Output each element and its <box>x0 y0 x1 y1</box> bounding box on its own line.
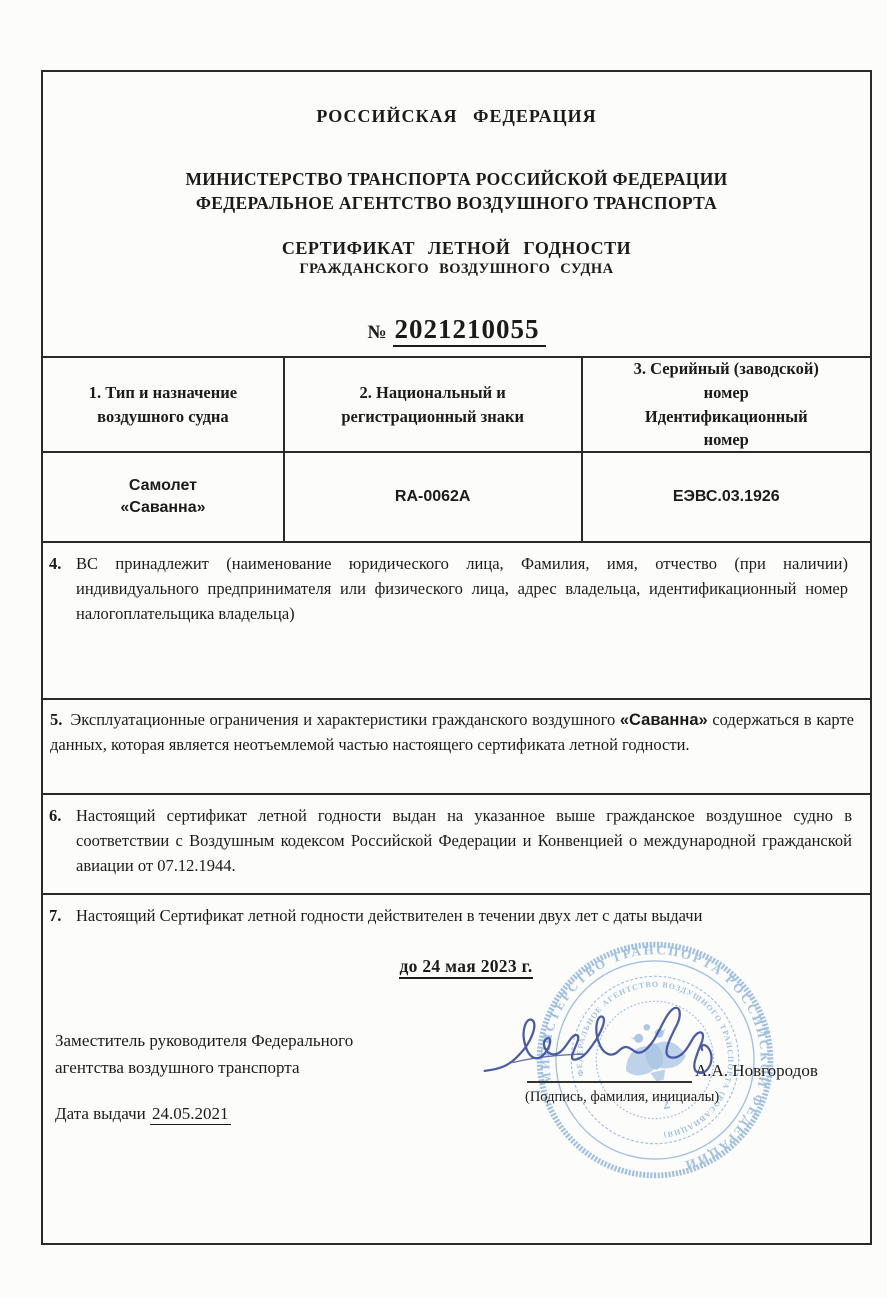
issue-date-value: 24.05.2021 <box>150 1104 231 1125</box>
header-cell-serial: 3. Серийный (заводской) номер Идентифика… <box>581 356 870 451</box>
value-cell-serial: ЕЭВС.03.1926 <box>581 451 870 541</box>
section-limitations: 5.Эксплуатационные ограничения и характе… <box>43 698 870 793</box>
section-4-number: 4. <box>49 552 61 577</box>
section-6-text: Настоящий сертификат летной годности выд… <box>76 806 852 875</box>
agency-heading: ФЕДЕРАЛЬНОЕ АГЕНТСТВО ВОЗДУШНОГО ТРАНСПО… <box>43 193 870 214</box>
certificate-border-box: РОССИЙСКАЯ ФЕДЕРАЦИЯ МИНИСТЕРСТВО ТРАНСП… <box>41 70 872 1245</box>
certificate-number-line: №2021210055 <box>43 314 870 345</box>
document-title: СЕРТИФИКАТ ЛЕТНОЙ ГОДНОСТИ <box>43 238 870 259</box>
aircraft-name-highlight: «Саванна» <box>620 711 708 729</box>
value-cell-registration: RA-0062A <box>283 451 581 541</box>
number-sign: № <box>367 322 386 343</box>
header-cell-registration: 2. Национальный и регистрационный знаки <box>283 356 581 451</box>
document-subtitle: ГРАЖДАНСКОГО ВОЗДУШНОГО СУДНА <box>43 261 870 278</box>
section-7-text: Настоящий Сертификат летной годности дей… <box>76 906 702 925</box>
section-owner: 4. ВС принадлежит (наименование юридичес… <box>43 541 870 698</box>
section-6-number: 6. <box>49 804 61 829</box>
certificate-header: РОССИЙСКАЯ ФЕДЕРАЦИЯ МИНИСТЕРСТВО ТРАНСП… <box>43 72 870 356</box>
value-cell-type: Самолет «Саванна» <box>43 451 283 541</box>
header-cell-type: 1. Тип и назначение воздушного судна <box>43 356 283 451</box>
country-heading: РОССИЙСКАЯ ФЕДЕРАЦИЯ <box>43 106 870 127</box>
issue-date-label: Дата выдачи <box>55 1104 146 1123</box>
section-4-text: ВС принадлежит (наименование юридическог… <box>76 554 848 623</box>
section-validity-and-signature: 7. Настоящий Сертификат летной годности … <box>43 893 870 1243</box>
section-7-number: 7. <box>49 904 61 929</box>
ministry-heading: МИНИСТЕРСТВО ТРАНСПОРТА РОССИЙСКОЙ ФЕДЕР… <box>43 169 870 190</box>
issue-date-row: Дата выдачи 24.05.2021 <box>55 1101 231 1127</box>
signature-graphic-icon <box>483 999 733 1091</box>
section-5-number: 5. <box>50 710 62 729</box>
certificate-number: 2021210055 <box>393 314 546 347</box>
section-legal-basis: 6. Настоящий сертификат летной годности … <box>43 793 870 893</box>
aircraft-info-table: 1. Тип и назначение воздушного судна 2. … <box>43 356 870 541</box>
scanned-certificate-page: РОССИЙСКАЯ ФЕДЕРАЦИЯ МИНИСТЕРСТВО ТРАНСП… <box>0 0 887 1298</box>
signer-title: Заместитель руководителя Федерального аг… <box>55 1027 353 1081</box>
handwritten-signature <box>483 999 733 1091</box>
section-5-lead-text: Эксплуатационные ограничения и характери… <box>70 710 619 729</box>
